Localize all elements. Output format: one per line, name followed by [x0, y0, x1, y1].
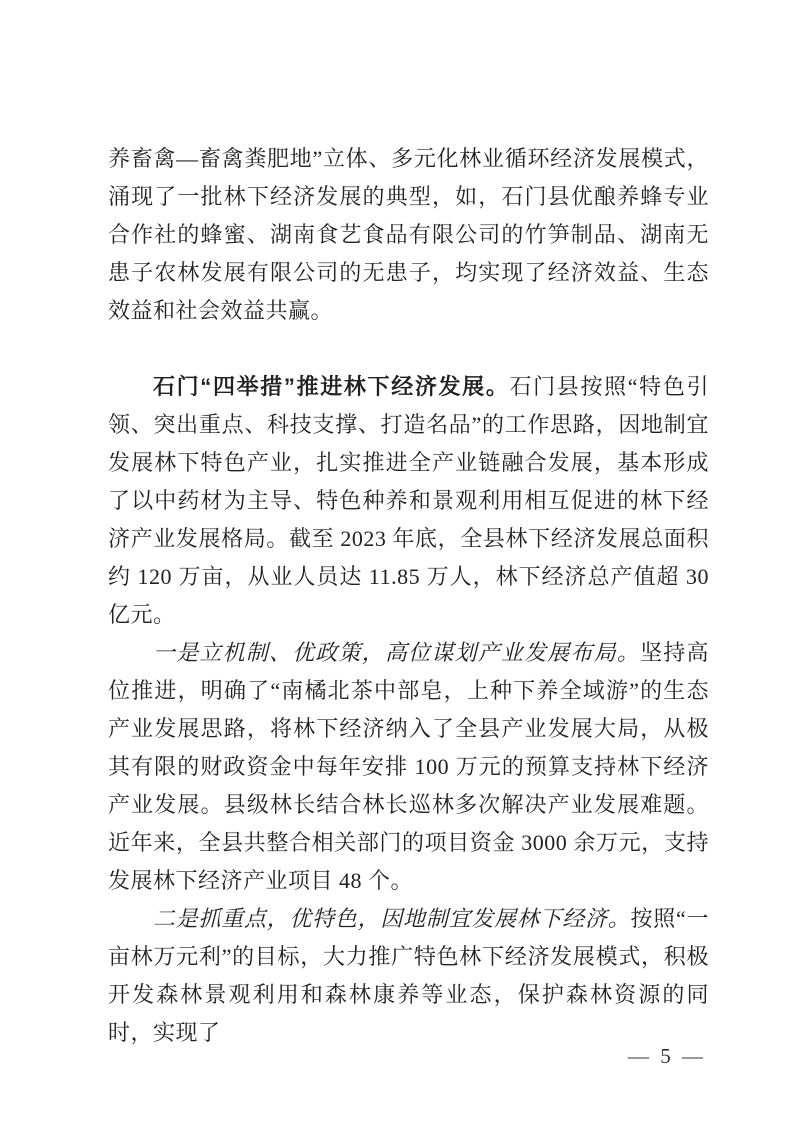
paragraph-section-heading: 石门“四举措”推进林下经济发展。石门县按照“特色引领、突出重点、科技支撑、打造名… — [108, 368, 709, 634]
document-page: 养畜禽—畜禽粪肥地”立体、多元化林业循环经济发展模式，涌现了一批林下经济发展的典… — [0, 0, 800, 1131]
paragraph-text: 坚持高位推进，明确了“南橘北茶中部皂，上种下养全域游”的生态产业发展思路，将林下… — [108, 640, 709, 893]
paragraph-lead-kai: 一是立机制、优政策，高位谋划产业发展布局。 — [153, 640, 640, 665]
paragraph-lead-bold: 石门“四举措”推进林下经济发展。 — [153, 374, 509, 399]
paragraph-lead-kai: 二是抓重点，优特色，因地制宜发展林下经济。 — [153, 906, 631, 931]
paragraph-point-one: 一是立机制、优政策，高位谋划产业发展布局。坚持高位推进，明确了“南橘北茶中部皂，… — [108, 634, 709, 900]
paragraph-text: 石门县按照“特色引领、突出重点、科技支撑、打造名品”的工作思路，因地制宜发展林下… — [108, 374, 709, 627]
paragraph-text: 养畜禽—畜禽粪肥地”立体、多元化林业循环经济发展模式，涌现了一批林下经济发展的典… — [108, 146, 709, 323]
paragraph-continuation: 养畜禽—畜禽粪肥地”立体、多元化林业循环经济发展模式，涌现了一批林下经济发展的典… — [108, 140, 709, 330]
document-body: 养畜禽—畜禽粪肥地”立体、多元化林业循环经济发展模式，涌现了一批林下经济发展的典… — [108, 140, 709, 1052]
paragraph-point-two: 二是抓重点，优特色，因地制宜发展林下经济。按照“一亩林万元利”的目标，大力推广特… — [108, 900, 709, 1052]
page-number: — 5 — — [628, 1044, 706, 1069]
